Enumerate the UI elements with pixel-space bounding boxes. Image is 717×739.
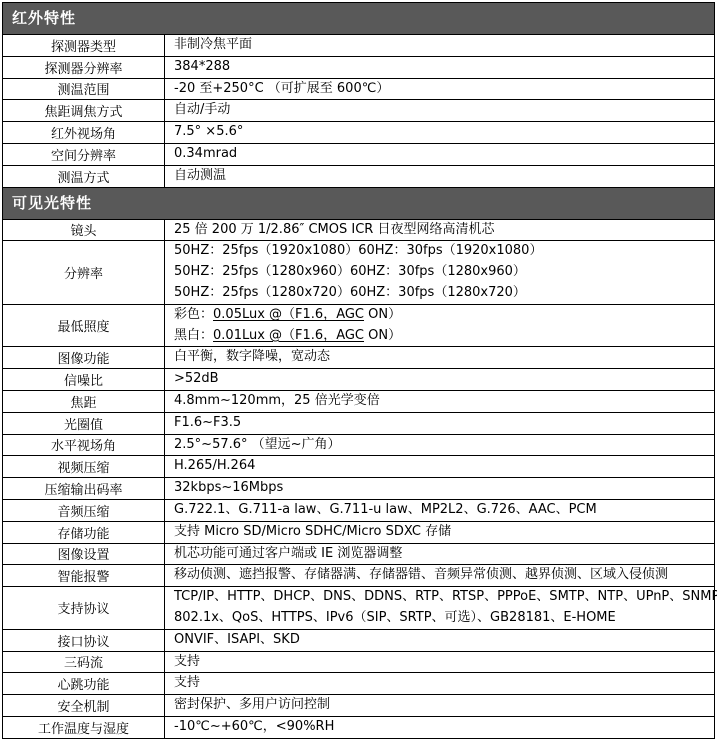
- spec-label-cell: 音频压缩: [3, 500, 164, 521]
- spec-label-cell: 探测器分辨率: [3, 57, 164, 78]
- spec-value-cell: 非制冷焦平面: [164, 35, 714, 56]
- spec-value-line: 彩色：0.05Lux @（F1.6，AGC ON）: [174, 305, 710, 326]
- plain-text: 黑白：: [174, 328, 213, 343]
- section-header-visible-light: 可见光特性: [3, 187, 714, 219]
- spec-value-line: 自动测温: [174, 166, 710, 187]
- spec-value-line: 密封保护、多用户访问控制: [174, 695, 710, 716]
- spec-value-line: 白平衡，数字降噪，宽动态: [174, 347, 710, 368]
- spec-value-line: -10℃~+60℃，<90%RH: [174, 717, 710, 738]
- spec-label-cell: 支持协议: [3, 587, 164, 629]
- spec-label-cell: 压缩输出码率: [3, 478, 164, 499]
- spec-value-line: 0.34mrad: [174, 144, 710, 165]
- spec-value-line: H.265/H.264: [174, 456, 710, 477]
- spec-row: 水平视场角2.5°~57.6° （望远~广角）: [3, 434, 714, 456]
- spec-row: 镜头25 倍 200 万 1/2.86″ CMOS ICR 日夜型网络高清机芯: [3, 219, 714, 241]
- spec-value-cell: >52dB: [164, 369, 714, 390]
- spec-value-line: 2.5°~57.6° （望远~广角）: [174, 435, 710, 456]
- spec-label-cell: 图像设置: [3, 544, 164, 565]
- spec-row: 接口协议ONVIF、ISAPI、SKD: [3, 629, 714, 651]
- spec-row: 测温范围-20 至+250°C （可扩展至 600℃）: [3, 78, 714, 100]
- spec-row: 空间分辨率0.34mrad: [3, 143, 714, 165]
- spec-value-cell: 密封保护、多用户访问控制: [164, 695, 714, 716]
- spec-row: 探测器分辨率384*288: [3, 56, 714, 78]
- spec-row: 存储功能支持 Micro SD/Micro SDHC/Micro SDXC 存储: [3, 521, 714, 543]
- spec-value-line: 4.8mm~120mm，25 倍光学变倍: [174, 391, 710, 412]
- spec-row: 最低照度彩色：0.05Lux @（F1.6，AGC ON）黑白：0.01Lux …: [3, 304, 714, 347]
- spec-label-cell: 智能报警: [3, 565, 164, 586]
- spec-label-cell: 图像功能: [3, 347, 164, 368]
- spec-value-line: 50HZ：25fps（1280x960）60HZ：30fps（1280x960）: [174, 262, 710, 283]
- spec-label-cell: 光圈值: [3, 413, 164, 434]
- spec-row: 测温方式自动测温: [3, 165, 714, 187]
- spec-value-line: 机芯功能可通过客户端或 IE 浏览器调整: [174, 544, 710, 565]
- spec-value-line: TCP/IP、HTTP、DHCP、DNS、DDNS、RTP、RTSP、PPPoE…: [174, 587, 717, 608]
- spec-table: 红外特性 探测器类型非制冷焦平面探测器分辨率384*288测温范围-20 至+2…: [2, 2, 715, 739]
- visible-light-rows: 镜头25 倍 200 万 1/2.86″ CMOS ICR 日夜型网络高清机芯分…: [3, 219, 714, 738]
- spec-label-cell: 工作温度与湿度: [3, 717, 164, 738]
- spec-label-cell: 三码流: [3, 652, 164, 673]
- spec-value-cell: 4.8mm~120mm，25 倍光学变倍: [164, 391, 714, 412]
- section-header-infrared: 红外特性: [3, 3, 714, 34]
- plain-text: 彩色：: [174, 307, 213, 322]
- spec-label-cell: 信噪比: [3, 369, 164, 390]
- spec-row: 光圈值F1.6~F3.5: [3, 412, 714, 434]
- spec-value-cell: 自动测温: [164, 166, 714, 187]
- plain-text: ON）: [364, 328, 401, 343]
- spec-value-cell: -20 至+250°C （可扩展至 600℃）: [164, 79, 714, 100]
- spec-row: 音频压缩G.722.1、G.711-a law、G.711-u law、MP2L…: [3, 499, 714, 521]
- spec-row: 工作温度与湿度-10℃~+60℃，<90%RH: [3, 716, 714, 738]
- spec-value-cell: 白平衡，数字降噪，宽动态: [164, 347, 714, 368]
- spec-label-cell: 水平视场角: [3, 435, 164, 456]
- infrared-rows: 探测器类型非制冷焦平面探测器分辨率384*288测温范围-20 至+250°C …: [3, 34, 714, 187]
- spec-value-cell: -10℃~+60℃，<90%RH: [164, 717, 714, 738]
- spec-value-cell: 移动侦测、遮挡报警、存储器满、存储器错、音频异常侦测、越界侦测、区域入侵侦测: [164, 565, 714, 586]
- spec-value-line: >52dB: [174, 369, 710, 390]
- spec-value-line: -20 至+250°C （可扩展至 600℃）: [174, 79, 710, 100]
- spec-label-cell: 红外视场角: [3, 122, 164, 143]
- spec-sheet-page: 红外特性 探测器类型非制冷焦平面探测器分辨率384*288测温范围-20 至+2…: [0, 0, 717, 739]
- spec-label-cell: 存储功能: [3, 522, 164, 543]
- spec-row: 图像设置机芯功能可通过客户端或 IE 浏览器调整: [3, 543, 714, 565]
- spec-value-cell: 支持: [164, 652, 714, 673]
- spec-value-line: 384*288: [174, 57, 710, 78]
- spec-value-line: ONVIF、ISAPI、SKD: [174, 630, 710, 651]
- spec-value-cell: TCP/IP、HTTP、DHCP、DNS、DDNS、RTP、RTSP、PPPoE…: [164, 587, 717, 629]
- plain-text: ON）: [364, 307, 401, 322]
- spec-label-cell: 分辨率: [3, 241, 164, 303]
- spec-value-line: F1.6~F3.5: [174, 413, 710, 434]
- spec-value-cell: 自动/手动: [164, 100, 714, 121]
- spec-value-cell: 50HZ：25fps（1920x1080）60HZ：30fps（1920x108…: [164, 241, 714, 303]
- spec-value-line: 7.5° ×5.6°: [174, 122, 710, 143]
- spec-row: 焦距4.8mm~120mm，25 倍光学变倍: [3, 390, 714, 412]
- spec-value-cell: H.265/H.264: [164, 456, 714, 477]
- spec-value-cell: 机芯功能可通过客户端或 IE 浏览器调整: [164, 544, 714, 565]
- spec-value-cell: 彩色：0.05Lux @（F1.6，AGC ON）黑白：0.01Lux @（F1…: [164, 305, 714, 347]
- spec-row: 红外视场角7.5° ×5.6°: [3, 121, 714, 143]
- spec-value-line: 50HZ：25fps（1920x1080）60HZ：30fps（1920x108…: [174, 241, 710, 262]
- spec-value-line: 非制冷焦平面: [174, 35, 710, 56]
- spec-label-cell: 焦距: [3, 391, 164, 412]
- spec-value-cell: 32kbps~16Mbps: [164, 478, 714, 499]
- spec-value-cell: 7.5° ×5.6°: [164, 122, 714, 143]
- spec-value-cell: G.722.1、G.711-a law、G.711-u law、MP2L2、G.…: [164, 500, 714, 521]
- spec-value-cell: 2.5°~57.6° （望远~广角）: [164, 435, 714, 456]
- spec-row: 图像功能白平衡，数字降噪，宽动态: [3, 346, 714, 368]
- spec-value-line: 支持 Micro SD/Micro SDHC/Micro SDXC 存储: [174, 522, 710, 543]
- spec-row: 三码流支持: [3, 651, 714, 673]
- spec-label-cell: 接口协议: [3, 630, 164, 651]
- spec-value-line: 移动侦测、遮挡报警、存储器满、存储器错、音频异常侦测、越界侦测、区域入侵侦测: [174, 565, 710, 586]
- spec-value-cell: 0.34mrad: [164, 144, 714, 165]
- spec-value-line: G.722.1、G.711-a law、G.711-u law、MP2L2、G.…: [174, 500, 710, 521]
- spec-label-cell: 视频压缩: [3, 456, 164, 477]
- spec-label-cell: 空间分辨率: [3, 144, 164, 165]
- section-infrared: 红外特性 探测器类型非制冷焦平面探测器分辨率384*288测温范围-20 至+2…: [3, 3, 714, 187]
- spec-row: 视频压缩H.265/H.264: [3, 455, 714, 477]
- spec-label-cell: 测温方式: [3, 166, 164, 187]
- spec-value-line: 50HZ：25fps（1280x720）60HZ：30fps（1280x720）: [174, 283, 710, 304]
- spec-row: 分辨率50HZ：25fps（1920x1080）60HZ：30fps（1920x…: [3, 240, 714, 303]
- spec-value-cell: 支持: [164, 673, 714, 694]
- spec-value-cell: 支持 Micro SD/Micro SDHC/Micro SDXC 存储: [164, 522, 714, 543]
- underlined-text: 0.05Lux @（F1.6，AGC: [213, 307, 364, 322]
- spec-value-line: 支持: [174, 652, 710, 673]
- spec-label-cell: 焦距调焦方式: [3, 100, 164, 121]
- spec-value-line: 黑白：0.01Lux @（F1.6，AGC ON）: [174, 326, 710, 347]
- spec-row: 心跳功能支持: [3, 672, 714, 694]
- spec-value-cell: ONVIF、ISAPI、SKD: [164, 630, 714, 651]
- spec-value-line: 32kbps~16Mbps: [174, 478, 710, 499]
- spec-row: 智能报警移动侦测、遮挡报警、存储器满、存储器错、音频异常侦测、越界侦测、区域入侵…: [3, 564, 714, 586]
- spec-label-cell: 最低照度: [3, 305, 164, 347]
- spec-value-cell: 384*288: [164, 57, 714, 78]
- spec-value-line: 25 倍 200 万 1/2.86″ CMOS ICR 日夜型网络高清机芯: [174, 220, 710, 241]
- spec-label-cell: 镜头: [3, 220, 164, 241]
- spec-value-line: 支持: [174, 673, 710, 694]
- spec-value-cell: F1.6~F3.5: [164, 413, 714, 434]
- spec-label-cell: 心跳功能: [3, 673, 164, 694]
- spec-row: 焦距调焦方式自动/手动: [3, 99, 714, 121]
- spec-row: 支持协议TCP/IP、HTTP、DHCP、DNS、DDNS、RTP、RTSP、P…: [3, 586, 714, 629]
- underlined-text: 0.01Lux @（F1.6，AGC: [213, 328, 364, 343]
- section-visible-light: 可见光特性 镜头25 倍 200 万 1/2.86″ CMOS ICR 日夜型网…: [3, 187, 714, 738]
- spec-label-cell: 安全机制: [3, 695, 164, 716]
- spec-value-line: 自动/手动: [174, 100, 710, 121]
- spec-label-cell: 测温范围: [3, 79, 164, 100]
- spec-label-cell: 探测器类型: [3, 35, 164, 56]
- spec-row: 安全机制密封保护、多用户访问控制: [3, 694, 714, 716]
- spec-value-cell: 25 倍 200 万 1/2.86″ CMOS ICR 日夜型网络高清机芯: [164, 220, 714, 241]
- spec-row: 信噪比>52dB: [3, 368, 714, 390]
- spec-row: 压缩输出码率32kbps~16Mbps: [3, 477, 714, 499]
- spec-row: 探测器类型非制冷焦平面: [3, 34, 714, 56]
- spec-value-line: 802.1x、QoS、HTTPS、IPv6（SIP、SRTP、可选）、GB281…: [174, 608, 717, 629]
